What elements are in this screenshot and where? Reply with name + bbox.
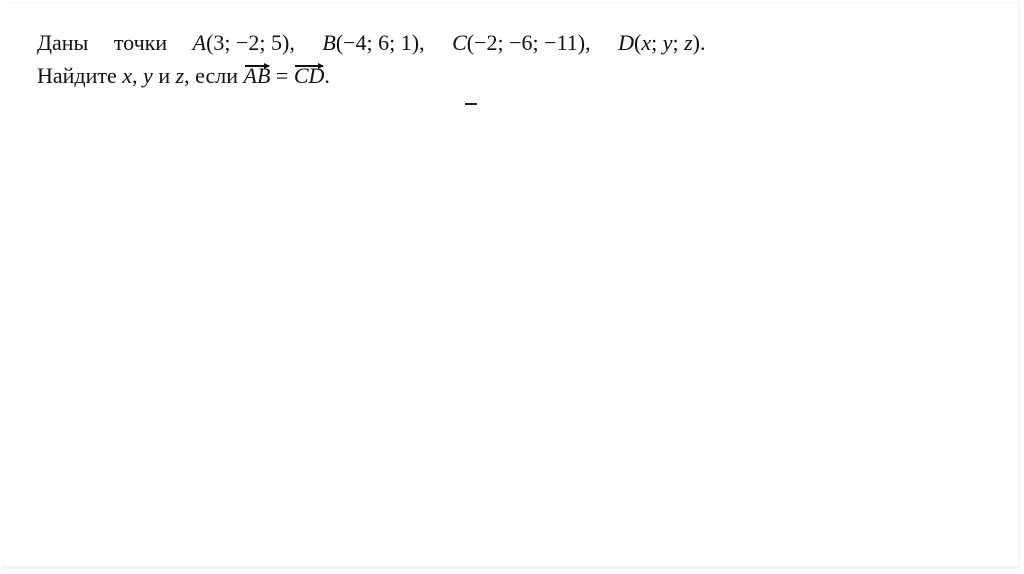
word-points: точки	[114, 30, 167, 55]
vector-ab: AB	[244, 63, 271, 89]
stray-dash-mark	[465, 103, 477, 105]
vector-cd: CD	[294, 63, 325, 89]
word-given: Даны	[37, 30, 88, 55]
point-d: D(x; y; z).	[618, 30, 705, 55]
var-x: x	[122, 63, 132, 88]
point-b: B(−4; 6; 1),	[322, 30, 424, 55]
point-c: C(−2; −6; −11),	[452, 30, 590, 55]
problem-line-1: Даны точки A(3; −2; 5), B(−4; 6; 1), C(−…	[37, 30, 705, 56]
word-and: и	[153, 63, 176, 88]
var-y: y	[143, 63, 153, 88]
var-z: z	[176, 63, 185, 88]
period: .	[324, 63, 330, 88]
equals-sign: =	[270, 63, 293, 88]
problem-line-2: Найдите x, y и z, если AB = CD.	[37, 63, 330, 89]
word-find: Найдите	[37, 63, 122, 88]
point-a: A(3; −2; 5),	[193, 30, 295, 55]
separator: ,	[132, 63, 143, 88]
word-if: , если	[184, 63, 243, 88]
slide: Даны точки A(3; −2; 5), B(−4; 6; 1), C(−…	[2, 2, 1020, 569]
